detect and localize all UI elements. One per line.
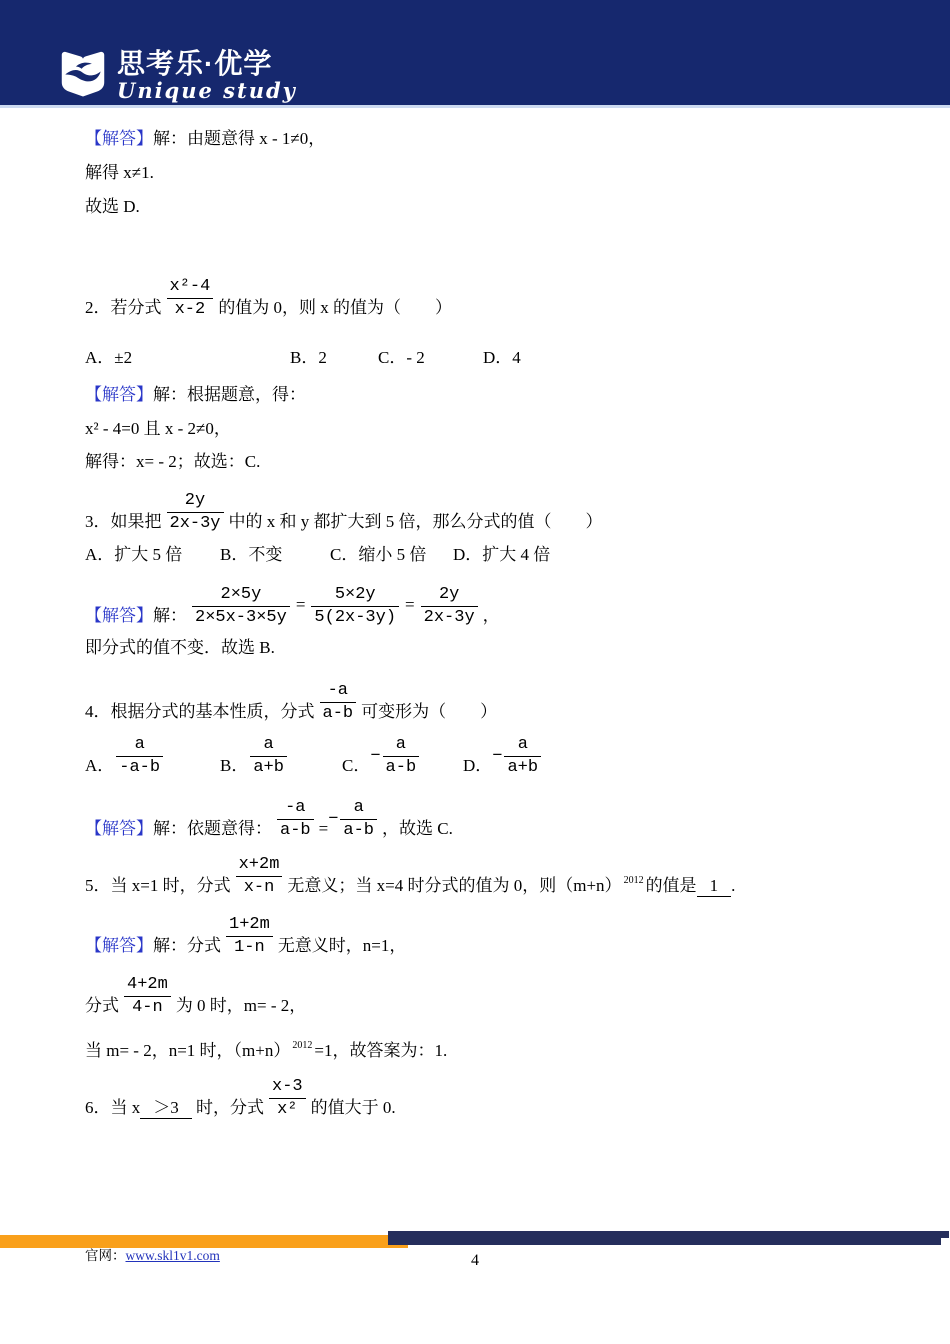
brand-subtitle: Unique study <box>117 80 297 102</box>
fraction-denominator: x² <box>269 1099 306 1121</box>
fraction-numerator: -a <box>277 797 314 820</box>
fraction: 2×5y2×5x-3×5y <box>192 584 290 629</box>
stem-mid: 无意义；当 x=4 时分式的值为 0，则（m+n） <box>287 876 621 895</box>
fraction-numerator: a <box>340 797 377 820</box>
option-c: C．−aa-b <box>342 734 424 779</box>
fraction: 1+2m1-n <box>226 914 273 959</box>
equals-sign: = <box>319 819 329 838</box>
equals-sign: = <box>404 595 416 615</box>
fraction-denominator: -a-b <box>116 757 163 779</box>
fraction: x-3x² <box>269 1076 306 1121</box>
fraction: aa+b <box>250 734 287 779</box>
fraction: 4+2m4-n <box>124 974 171 1019</box>
option-d: D．4 <box>483 348 521 368</box>
option-a: A．a-a-b <box>85 756 168 775</box>
answer-tag: 【解答】 <box>85 606 153 625</box>
fraction-denominator: x-n <box>236 877 283 899</box>
answer-prefix: 解： <box>153 606 187 625</box>
fraction-denominator: 2x-3y <box>167 513 224 535</box>
answer-tag: 【解答】 <box>85 819 153 838</box>
fraction-numerator: -a <box>320 680 357 703</box>
question-5-answer-line-3: 当 m= - 2，n=1 时，（m+n）2012=1，故答案为：1. <box>85 1036 447 1061</box>
header-banner: 思考乐·优学 Unique study <box>0 0 950 105</box>
question-4-options: A．a-a-b B．aa+b C．−aa-b D．−aa+b <box>85 734 168 779</box>
equals-sign: = <box>295 595 307 615</box>
question-2-answer-line-3: 解得：x= - 2；故选：C. <box>85 452 260 472</box>
fraction: -aa-b <box>277 797 314 842</box>
option-c: C．缩小 5 倍 <box>330 545 426 565</box>
fraction-numerator: 2×5y <box>192 584 290 607</box>
fraction-denominator: 2×5x-3×5y <box>192 607 290 629</box>
fraction-denominator: 5(2x-3y) <box>311 607 399 629</box>
option-d: D．−aa+b <box>463 734 546 779</box>
fraction-numerator: a <box>116 734 163 757</box>
answer-prefix: 解：依题意得： <box>153 819 272 838</box>
fraction-denominator: a-b <box>383 757 420 779</box>
fraction: x²-4x-2 <box>167 276 214 321</box>
fraction-numerator: a <box>250 734 287 757</box>
option-c: C．- 2 <box>378 348 425 368</box>
fraction-numerator: 5×2y <box>311 584 399 607</box>
stem-mid-2: 的值是 <box>646 876 697 895</box>
answer-tag: 【解答】 <box>85 129 153 148</box>
option-label: D． <box>463 756 492 775</box>
header-separator <box>0 105 950 108</box>
fraction: 2y2x-3y <box>421 584 478 629</box>
fraction: -aa-b <box>320 680 357 725</box>
stem-prefix: 6．当 x <box>85 1098 140 1117</box>
option-label: A． <box>85 756 114 775</box>
answer-tag: 【解答】 <box>85 385 153 404</box>
question-4-answer-line: 【解答】解：依题意得：-aa-b=−aa-b，故选 C. <box>85 797 453 842</box>
fraction-denominator: x-2 <box>167 299 214 321</box>
stem-suffix: 可变形为（ ） <box>361 702 497 721</box>
answer-suffix: 为 0 时，m= - 2， <box>176 996 306 1015</box>
footer-navy-bar-notch <box>941 1231 949 1238</box>
answer-text: 解：根据题意，得： <box>153 385 306 404</box>
option-d: D．扩大 4 倍 <box>453 545 550 565</box>
fraction: x+2mx-n <box>236 854 283 899</box>
page-number: 4 <box>0 1252 950 1270</box>
answer-blank: ＞3 <box>140 1098 192 1119</box>
option-a: A．扩大 5 倍 <box>85 545 182 564</box>
fraction-denominator: a+b <box>250 757 287 779</box>
answer-suffix: =1，故答案为：1. <box>314 1041 447 1060</box>
stem-prefix: 4．根据分式的基本性质，分式 <box>85 702 315 721</box>
fraction-numerator: 2y <box>167 490 224 513</box>
fraction-denominator: 1-n <box>226 937 273 959</box>
question-3-stem: 3．如果把2y2x-3y中的 x 和 y 都扩大到 5 倍，那么分式的值（ ） <box>85 490 603 535</box>
fraction-numerator: x+2m <box>236 854 283 877</box>
answer-blank: 1 <box>697 876 732 897</box>
question-5-answer-line-1: 【解答】解：分式1+2m1-n无意义时，n=1， <box>85 914 406 959</box>
stem-prefix: 5．当 x=1 时，分式 <box>85 876 231 895</box>
question-5-stem: 5．当 x=1 时，分式x+2mx-n无意义；当 x=4 时分式的值为 0，则（… <box>85 854 735 899</box>
fraction-denominator: a+b <box>504 757 541 779</box>
footer-orange-bar <box>0 1235 408 1248</box>
option-b: B．2 <box>290 348 327 368</box>
fraction: 5×2y5(2x-3y) <box>311 584 399 629</box>
minus-sign: − <box>328 810 338 830</box>
exponent: 2012 <box>292 1040 312 1051</box>
question-4-stem: 4．根据分式的基本性质，分式-aa-b可变形为（ ） <box>85 680 497 725</box>
minus-sign: − <box>370 747 380 767</box>
fraction-denominator: a-b <box>320 703 357 725</box>
answer-text: 解：由题意得 x - 1≠0， <box>153 129 325 148</box>
logo-book-bird-icon <box>60 48 106 105</box>
stem-mid: 时，分式 <box>192 1098 264 1117</box>
stem-suffix: 的值大于 0. <box>311 1098 396 1117</box>
answer-suffix: 无意义时，n=1， <box>278 936 407 955</box>
question-3-answer-line-2: 即分式的值不变．故选 B. <box>85 638 275 658</box>
option-label: B． <box>220 756 248 775</box>
answer-prefix: 当 m= - 2，n=1 时，（m+n） <box>85 1041 290 1060</box>
stem-end: . <box>731 876 735 895</box>
brand-text: 思考乐·优学 Unique study <box>117 48 297 102</box>
brand-logo: 思考乐·优学 Unique study <box>60 48 297 105</box>
option-b: B．不变 <box>220 545 282 565</box>
fraction-numerator: 4+2m <box>124 974 171 997</box>
fraction-numerator: x-3 <box>269 1076 306 1099</box>
prev-answer-line-2: 解得 x≠1. <box>85 163 154 183</box>
question-3-options: A．扩大 5 倍 B．不变 C．缩小 5 倍 D．扩大 4 倍 <box>85 545 182 565</box>
brand-name: 思考乐·优学 <box>117 48 297 80</box>
question-2-answer-line-2: x² - 4=0 且 x - 2≠0， <box>85 419 231 439</box>
fraction-numerator: 2y <box>421 584 478 607</box>
stem-suffix: 的值为 0，则 x 的值为（ ） <box>218 298 452 317</box>
question-2-options: A．±2 B．2 C．- 2 D．4 <box>85 348 132 368</box>
question-3-answer-line-1: 【解答】解：2×5y2×5x-3×5y=5×2y5(2x-3y)=2y2x-3y… <box>85 584 500 629</box>
option-label: C． <box>342 756 370 775</box>
fraction-numerator: x²-4 <box>167 276 214 299</box>
fraction-denominator: a-b <box>340 820 377 842</box>
stem-prefix: 2．若分式 <box>85 298 162 317</box>
fraction: 2y2x-3y <box>167 490 224 535</box>
prev-answer-line-3: 故选 D. <box>85 197 140 217</box>
fraction-numerator: a <box>504 734 541 757</box>
fraction-denominator: 2x-3y <box>421 607 478 629</box>
option-b: B．aa+b <box>220 734 292 779</box>
fraction: aa-b <box>340 797 377 842</box>
question-2-stem: 2．若分式x²-4x-2的值为 0，则 x 的值为（ ） <box>85 276 452 321</box>
exponent: 2012 <box>624 875 644 886</box>
option-a: A．±2 <box>85 348 132 367</box>
document-page: 思考乐·优学 Unique study 【解答】解：由题意得 x - 1≠0， … <box>0 0 950 1344</box>
answer-prefix: 解：分式 <box>153 936 221 955</box>
answer-tag: 【解答】 <box>85 936 153 955</box>
fraction-denominator: 4-n <box>124 997 171 1019</box>
fraction-numerator: a <box>383 734 420 757</box>
question-2-answer-line-1: 【解答】解：根据题意，得： <box>85 385 306 405</box>
minus-sign: − <box>492 747 502 767</box>
prev-answer-line-1: 【解答】解：由题意得 x - 1≠0， <box>85 129 325 149</box>
fraction-denominator: a-b <box>277 820 314 842</box>
answer-prefix: 分式 <box>85 996 119 1015</box>
comma: ， <box>483 606 500 625</box>
fraction: aa+b <box>504 734 541 779</box>
question-5-answer-line-2: 分式4+2m4-n为 0 时，m= - 2， <box>85 974 306 1019</box>
answer-suffix: ，故选 C. <box>382 819 453 838</box>
question-6-stem: 6．当 x＞3 时，分式x-3x²的值大于 0. <box>85 1076 396 1121</box>
fraction: a-a-b <box>116 734 163 779</box>
fraction: aa-b <box>383 734 420 779</box>
stem-prefix: 3．如果把 <box>85 512 162 531</box>
stem-suffix: 中的 x 和 y 都扩大到 5 倍，那么分式的值（ ） <box>229 512 603 531</box>
footer-navy-bar <box>388 1231 941 1245</box>
fraction-numerator: 1+2m <box>226 914 273 937</box>
